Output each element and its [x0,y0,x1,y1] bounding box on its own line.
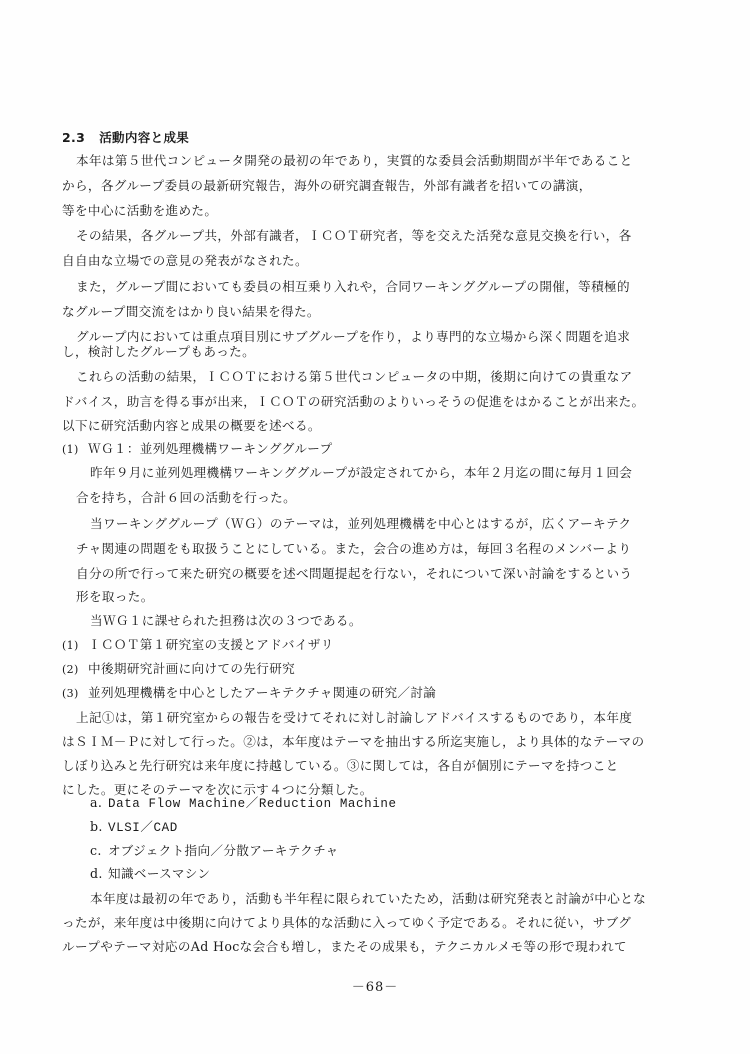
paragraph-line: その結果，各グループ共，外部有識者，ＩＣＯＴ研究者，等を交えた活発な意見交換を行… [76,228,632,244]
duty-marker: (3) [62,686,88,702]
paragraph-line: し，検討したグループもあった。 [62,344,255,360]
duty-item: (3)並列処理機構を中心としたアーキテクチャ関連の研究／討論 [62,685,436,702]
duty-text: 並列処理機構を中心としたアーキテクチャ関連の研究／討論 [88,685,436,700]
duty-marker: (2) [62,662,88,678]
paragraph-line: 以下に研究活動内容と成果の概要を述べる。 [62,418,321,434]
paragraph-line: 合を持ち，合計６回の活動を行った。 [76,490,296,506]
section-heading: 2.3活動内容と成果 [62,130,189,146]
category-marker: b. [90,819,108,835]
paragraph-line: なグループ間交流をはかり良い結果を得た。 [62,304,320,320]
category-item: a.Data Flow Machine／Reduction Machine [90,795,397,812]
category-item: b.VLSI／CAD [90,819,178,836]
subsection-marker: (1) [62,442,88,458]
document-page: 2.3活動内容と成果 本年は第５世代コンピュータ開発の最初の年であり，実質的な委… [0,0,750,1054]
paragraph-line: グループ内においては重点項目別にサブグループを作り，より専門的な立場から深く問題… [76,329,630,345]
duty-marker: (1) [62,638,88,654]
page-number: －68－ [0,976,750,995]
paragraph-line: 当ワーキンググループ（ＷＧ）のテーマは，並列処理機構を中心とはするが，広くアーキ… [90,516,631,532]
paragraph-line: から，各グループ委員の最新研究報告，海外の研究調査報告，外部有識者を招いての講演… [62,178,592,194]
duty-item: (2)中後期研究計画に向けての先行研究 [62,661,295,678]
category-item: d.知識ベースマシン [90,866,210,882]
paragraph-line: 昨年９月に並列処理機構ワーキンググループが設定されてから，本年２月迄の間に毎月１… [90,465,632,481]
paragraph-line: ったが，来年度は中後期に向けてより具体的な活動に入ってゆく予定である。それに従い… [62,915,631,931]
paragraph-line: 本年は第５世代コンピュータ開発の最初の年であり，実質的な委員会活動期間が半年であ… [76,153,633,169]
paragraph-line: 形を取った。 [76,589,154,605]
paragraph-line: しぼり込みと先行研究は来年度に持越している。③に関しては，各自が個別にテーマを持… [62,758,619,774]
paragraph-line: 自自由な立場での意見の発表がなされた。 [62,253,308,269]
paragraph-line: 本年度は最初の年であり，活動も半年程に限られていたため，活動は研究発表と討論が中… [90,891,646,907]
category-text: 知識ベースマシン [108,866,210,881]
paragraph-line: これらの活動の結果，ＩＣＯＴにおける第５世代コンピュータの中期，後期に向けての貴… [76,369,633,385]
category-text: VLSI／CAD [108,821,178,835]
paragraph-line: チャ関連の問題をも取扱うことにしている。また，会合の進め方は，毎回３名程のメンバ… [76,541,631,557]
category-marker: a. [90,795,108,811]
paragraph-line: 等を中心に活動を進めた。 [62,203,217,219]
subsection-heading: (1)ＷＧ１：並列処理機構ワーキンググループ [62,441,333,458]
paragraph-line: はＳＩＭ－Ｐに対して行った。②は，本年度はテーマを抽出する所迄実施し，より具体的… [62,734,644,750]
duty-text: 中後期研究計画に向けての先行研究 [88,661,295,676]
paragraph-line: ループやテーマ対応のAd Hocな会合も増し，またその成果も，テクニカルメモ等の… [62,939,627,955]
category-marker: d. [90,866,108,882]
section-number: 2.3 [62,130,85,145]
paragraph-line: 当ＷＧ１に課せられた担務は次の３つである。 [90,613,362,629]
paragraph-line: また，グループ間においても委員の相互乗り入れや，合同ワーキンググループの開催，等… [76,279,630,295]
category-marker: c. [90,843,108,859]
duty-item: (1)ＩＣＯＴ第１研究室の支援とアドバイザリ [62,637,334,654]
category-text: オブジェクト指向／分散アーキテクチャ [108,843,339,858]
paragraph-line: 自分の所で行って来た研究の概要を述べ問題提起を行ない，それについて深い討論をする… [76,566,632,582]
duty-text: ＩＣＯＴ第１研究室の支援とアドバイザリ [88,637,334,652]
category-text: Data Flow Machine／Reduction Machine [108,797,397,811]
paragraph-line: ドバイス，助言を得る事が出来，ＩＣＯＴの研究活動のよりいっそうの促進をはかること… [62,394,644,410]
paragraph-line: 上記①は，第１研究室からの報告を受けてそれに対し討論しアドバイスするものであり，… [76,710,632,726]
category-item: c.オブジェクト指向／分散アーキテクチャ [90,843,339,859]
section-title: 活動内容と成果 [99,130,189,145]
subsection-title: ＷＧ１：並列処理機構ワーキンググループ [88,441,333,456]
